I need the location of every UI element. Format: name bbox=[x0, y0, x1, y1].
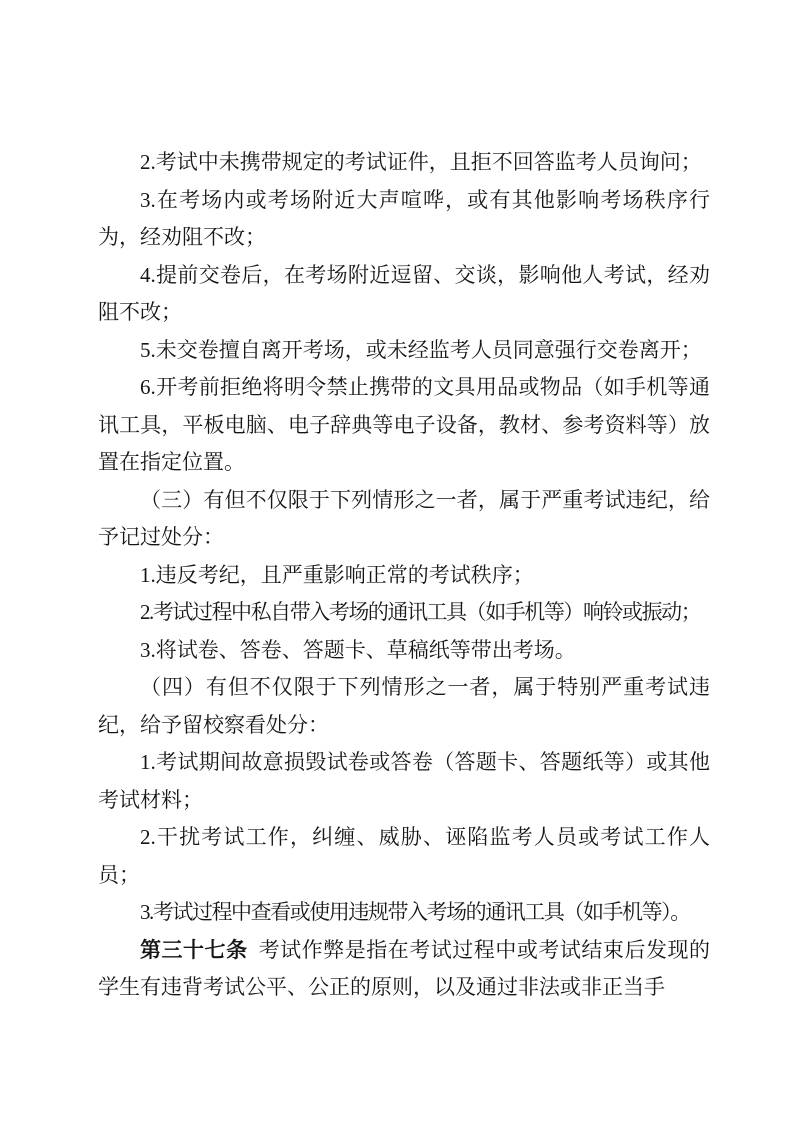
clause-paragraph: 5.未交卷擅自离开考场，或未经监考人员同意强行交卷离开； bbox=[98, 332, 710, 370]
article-paragraph: 第三十七条考试作弊是指在考试过程中或考试结束后发现的学生有违背考试公平、公正的原… bbox=[98, 932, 710, 1007]
clause-paragraph: 3.在考场内或考场附近大声喧哗，或有其他影响考场秩序行为，经劝阻不改； bbox=[98, 182, 710, 257]
clause-paragraph: 3.考试过程中查看或使用违规带入考场的通讯工具（如手机等）。 bbox=[98, 894, 710, 932]
section-paragraph: （四）有但不仅限于下列情形之一者，属于特别严重考试违纪，给予留校察看处分： bbox=[98, 669, 710, 744]
document-page: 2.考试中未携带规定的考试证件，且拒不回答监考人员询问； 3.在考场内或考场附近… bbox=[0, 0, 794, 1122]
clause-paragraph: 1.考试期间故意损毁试卷或答卷（答题卡、答题纸等）或其他考试材料； bbox=[98, 744, 710, 819]
document-content: 2.考试中未携带规定的考试证件，且拒不回答监考人员询问； 3.在考场内或考场附近… bbox=[98, 144, 710, 1007]
clause-paragraph: 2.干扰考试工作，纠缠、威胁、诬陷监考人员或考试工作人员； bbox=[98, 819, 710, 894]
clause-paragraph: 3.将试卷、答卷、答题卡、草稿纸等带出考场。 bbox=[98, 632, 710, 670]
clause-paragraph: 2.考试过程中私自带入考场的通讯工具（如手机等）响铃或振动； bbox=[98, 594, 710, 632]
section-paragraph: （三）有但不仅限于下列情形之一者，属于严重考试违纪，给予记过处分： bbox=[98, 482, 710, 557]
clause-paragraph: 4.提前交卷后，在考场附近逗留、交谈，影响他人考试，经劝阻不改； bbox=[98, 257, 710, 332]
clause-paragraph: 6.开考前拒绝将明令禁止携带的文具用品或物品（如手机等通讯工具，平板电脑、电子辞… bbox=[98, 369, 710, 482]
article-number: 第三十七条 bbox=[140, 938, 248, 962]
clause-paragraph: 1.违反考纪，且严重影响正常的考试秩序； bbox=[98, 557, 710, 595]
clause-paragraph: 2.考试中未携带规定的考试证件，且拒不回答监考人员询问； bbox=[98, 144, 710, 182]
